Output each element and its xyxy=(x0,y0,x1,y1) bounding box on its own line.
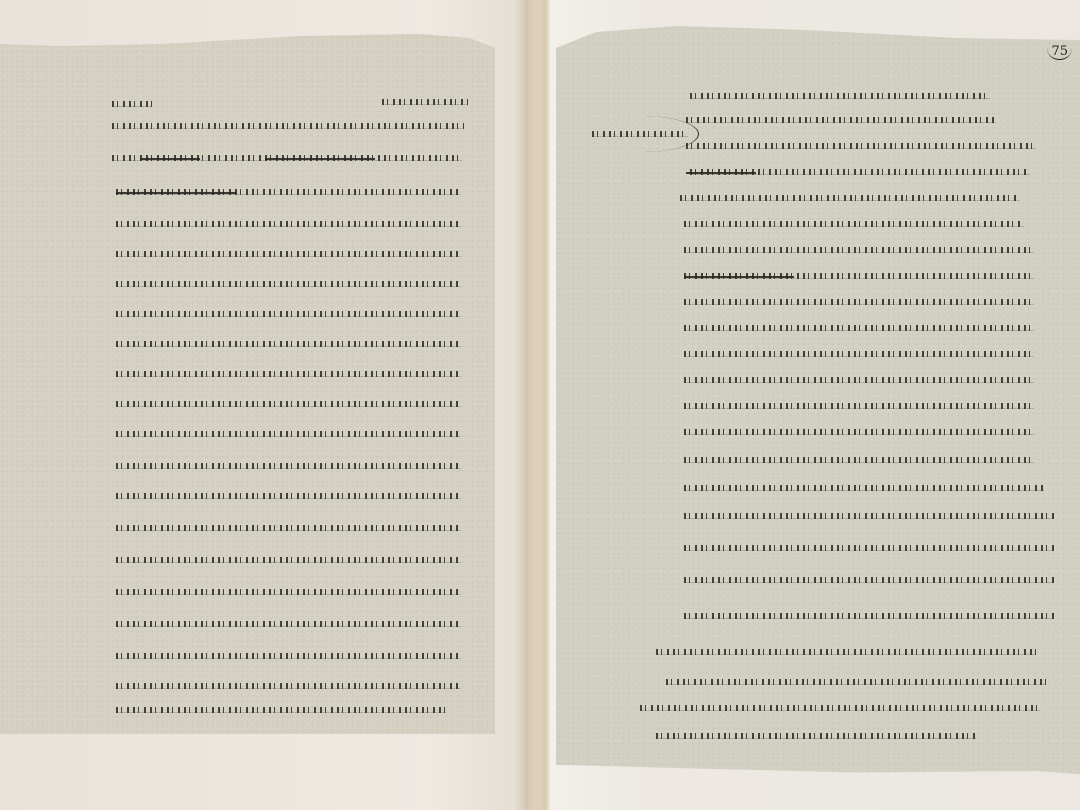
handwriting-line xyxy=(116,398,461,410)
handwriting-line xyxy=(686,114,996,126)
left-handwritten-text xyxy=(0,34,495,734)
handwriting-line xyxy=(684,348,1034,360)
handwriting-line xyxy=(116,650,461,662)
handwriting-line xyxy=(656,646,1036,658)
handwriting-line xyxy=(116,704,446,716)
handwriting-line xyxy=(684,218,1024,230)
handwriting-line xyxy=(686,140,1036,152)
strike-through xyxy=(140,158,200,160)
handwriting-line xyxy=(684,510,1054,522)
handwriting-line xyxy=(116,586,461,598)
strike-through xyxy=(116,192,236,194)
handwriting-line xyxy=(112,120,464,132)
handwriting-line xyxy=(684,426,1034,438)
handwriting-line xyxy=(684,454,1034,466)
handwriting-line xyxy=(116,554,461,566)
handwriting-line xyxy=(684,610,1054,622)
handwriting-line xyxy=(684,542,1054,554)
handwriting-line xyxy=(116,680,461,692)
strike-through xyxy=(265,158,375,160)
handwriting-line xyxy=(116,460,461,472)
handwriting-line xyxy=(116,490,461,502)
handwriting-line xyxy=(666,676,1046,688)
handwriting-line xyxy=(684,482,1044,494)
handwriting-line xyxy=(640,702,1040,714)
handwriting-line xyxy=(112,98,152,110)
handwriting-line xyxy=(684,574,1054,586)
handwriting-line xyxy=(684,400,1034,412)
left-manuscript-page xyxy=(0,34,495,734)
handwriting-line xyxy=(690,166,1030,178)
handwriting-line xyxy=(116,368,461,380)
handwriting-line xyxy=(116,522,461,534)
handwriting-line xyxy=(690,90,990,102)
book-gutter xyxy=(512,0,542,810)
right-handwritten-text xyxy=(556,26,1080,774)
strike-through xyxy=(684,276,794,278)
handwriting-line xyxy=(684,322,1034,334)
right-manuscript-page: 75 xyxy=(556,26,1080,774)
handwriting-line xyxy=(684,296,1034,308)
handwriting-line xyxy=(680,192,1020,204)
handwriting-line xyxy=(116,618,461,630)
handwriting-line xyxy=(684,244,1034,256)
handwriting-line xyxy=(116,248,461,260)
handwriting-line xyxy=(684,374,1034,386)
handwriting-line xyxy=(656,730,976,742)
handwriting-line xyxy=(116,428,461,440)
handwriting-line xyxy=(116,278,461,290)
handwriting-line xyxy=(116,338,461,350)
handwriting-insertion xyxy=(382,96,468,108)
handwriting-line xyxy=(116,218,461,230)
handwriting-line xyxy=(116,308,461,320)
open-book: 75 xyxy=(0,0,1080,810)
